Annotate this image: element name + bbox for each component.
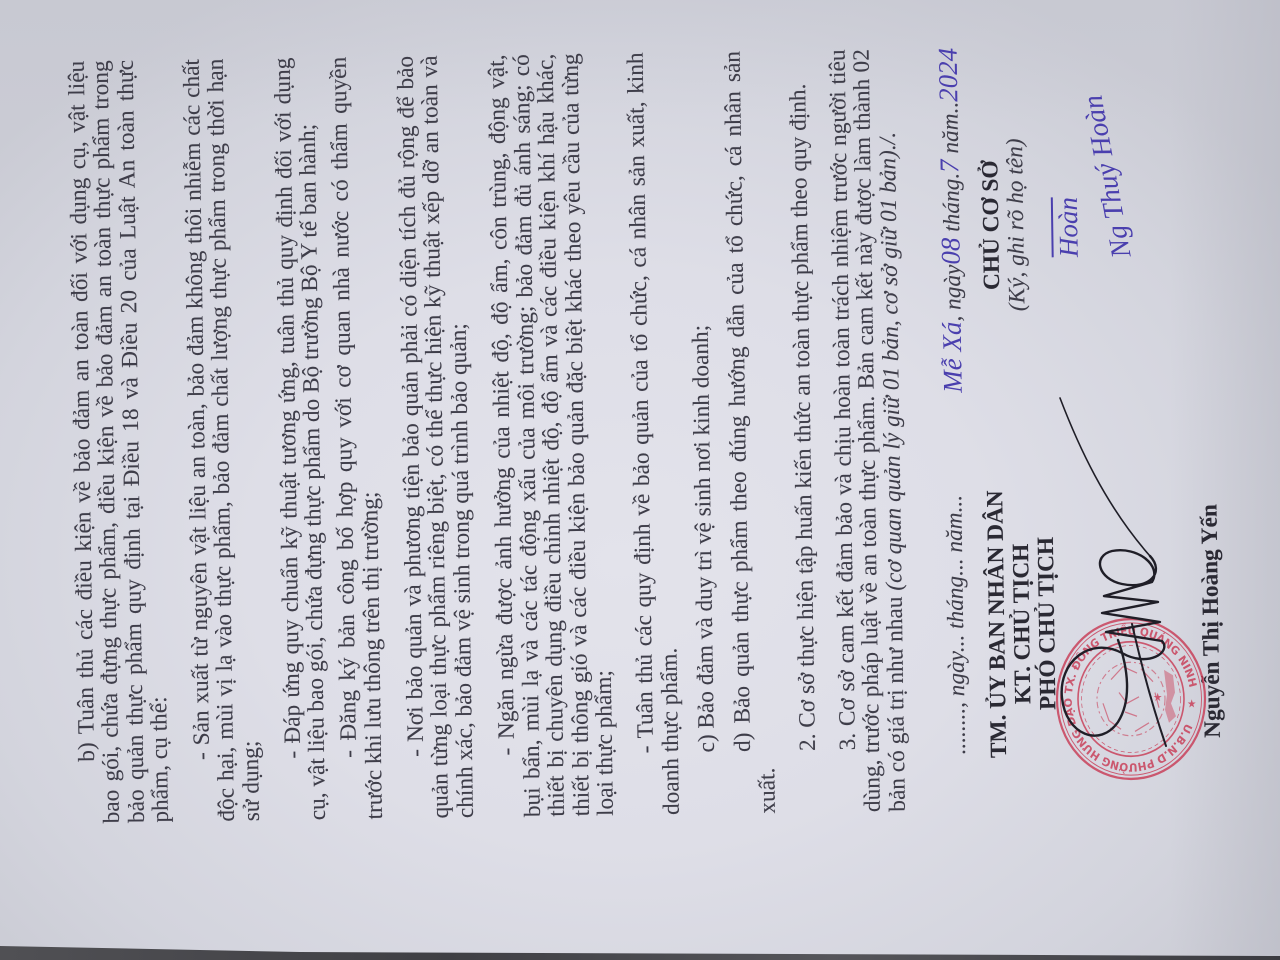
- stamp-star-icon: ★: [1187, 697, 1197, 710]
- stamp-outer-ring: [1057, 619, 1205, 779]
- authority-signature: [1060, 398, 1166, 746]
- stamp-emblem-star-icon: ★: [1153, 691, 1163, 704]
- ink-overlay: U.B.N.D PHƯỜNG HƯNG ĐẠO TX. ĐÔNG TRIỀU Q…: [0, 0, 1280, 960]
- stamp-emblem-mark: [1164, 670, 1176, 723]
- signature-tail-stroke: [1060, 398, 1150, 556]
- official-stamp: U.B.N.D PHƯỜNG HƯNG ĐẠO TX. ĐÔNG TRIỀU Q…: [1057, 619, 1205, 779]
